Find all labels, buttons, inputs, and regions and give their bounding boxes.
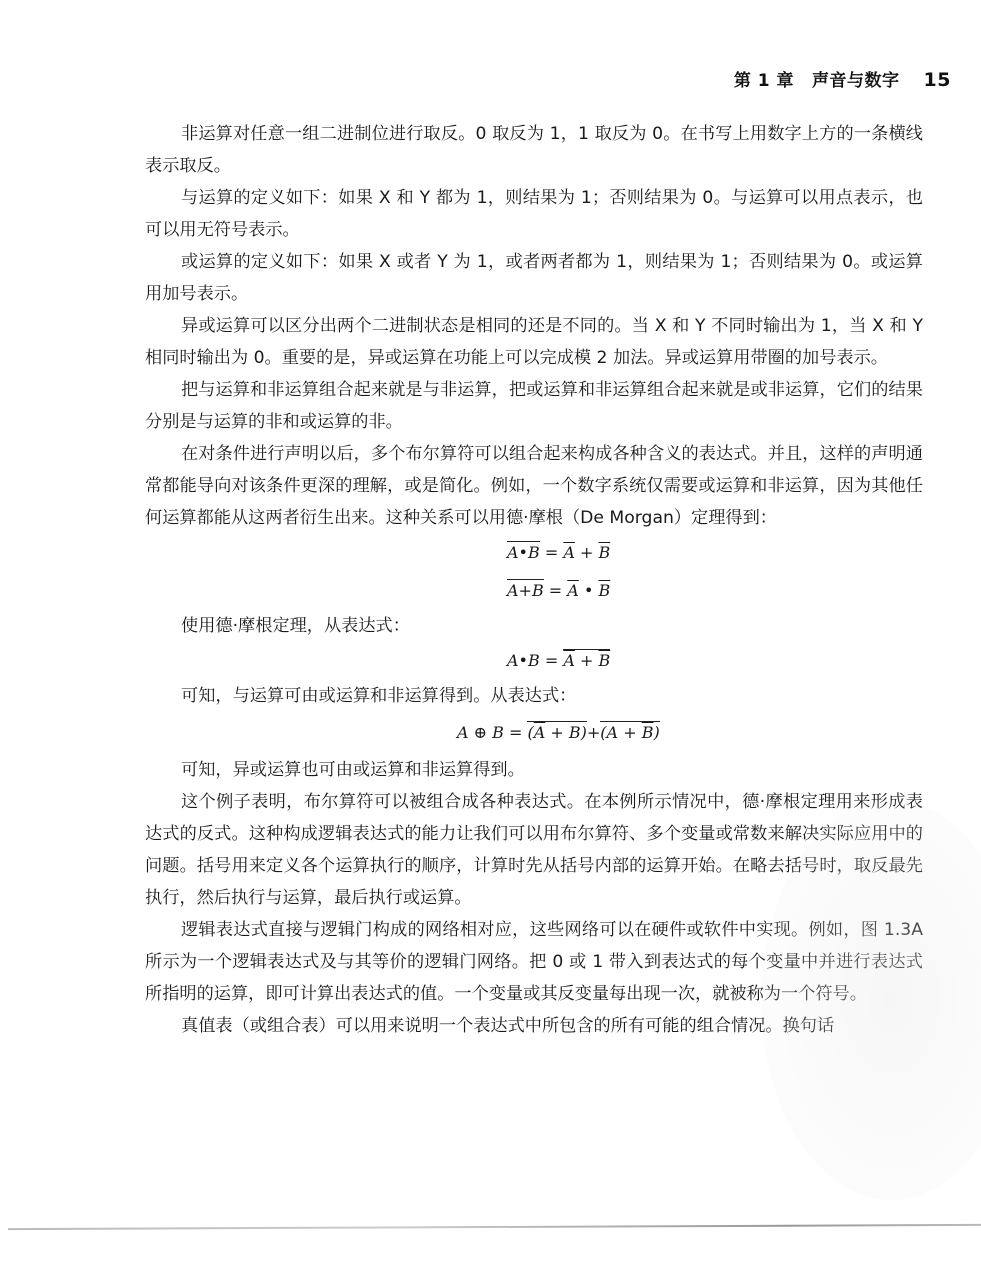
scan-edge-line [8,1224,981,1230]
paragraph-truth-table: 真值表（或组合表）可以用来说明一个表达式中所包含的所有可能的组合情况。换句话 [145,1010,923,1042]
paragraph-not: 非运算对任意一组二进制位进行取反。0 取反为 1，1 取反为 0。在书写上用数字… [145,118,923,182]
paragraph-and: 与运算的定义如下：如果 X 和 Y 都为 1，则结果为 1；否则结果为 0。与运… [145,182,923,246]
paragraph-demorgan-intro: 在对条件进行声明以后，多个布尔算符可以组合起来构成各种含义的表达式。并且，这样的… [145,438,923,534]
main-text: 非运算对任意一组二进制位进行取反。0 取反为 1，1 取反为 0。在书写上用数字… [145,118,923,1042]
paragraph-xor: 异或运算可以区分出两个二进制状态是相同的还是不同的。当 X 和 Y 不同时输出为… [145,310,923,374]
paragraph-xor-conclusion: 可知，异或运算也可由或运算和非运算得到。 [145,754,923,786]
paragraph-and-conclusion: 可知，与运算可由或运算和非运算得到。从表达式： [145,680,923,712]
paragraph-or: 或运算的定义如下：如果 X 或者 Y 为 1，或者两者都为 1，则结果为 1；否… [145,246,923,310]
paragraph-example: 这个例子表明，布尔算符可以被组合成各种表达式。在本例所示情况中，德·摩根定理用来… [145,786,923,914]
paragraph-nand-nor: 把与运算和非运算组合起来就是与非运算，把或运算和非运算组合起来就是或非运算，它们… [145,374,923,438]
running-header: 第 1 章 声音与数字 15 [734,66,951,91]
paragraph-using-demorgan: 使用德·摩根定理，从表达式： [145,610,923,642]
chapter-title: 声音与数字 [812,66,900,91]
paragraph-logic-network: 逻辑表达式直接与逻辑门构成的网络相对应，这些网络可以在硬件或软件中实现。例如，图… [145,914,923,1010]
equation-demorgan-2: A+B = A • B [145,572,923,610]
equation-xor-from-or: A ⊕ B = (A + B)+(A + B) [145,712,923,754]
page-number: 15 [924,69,951,91]
chapter-label: 第 1 章 [734,66,794,91]
equation-demorgan-1: A•B = A + B [145,534,923,572]
equation-and-from-or: A•B = A + B [145,642,923,680]
